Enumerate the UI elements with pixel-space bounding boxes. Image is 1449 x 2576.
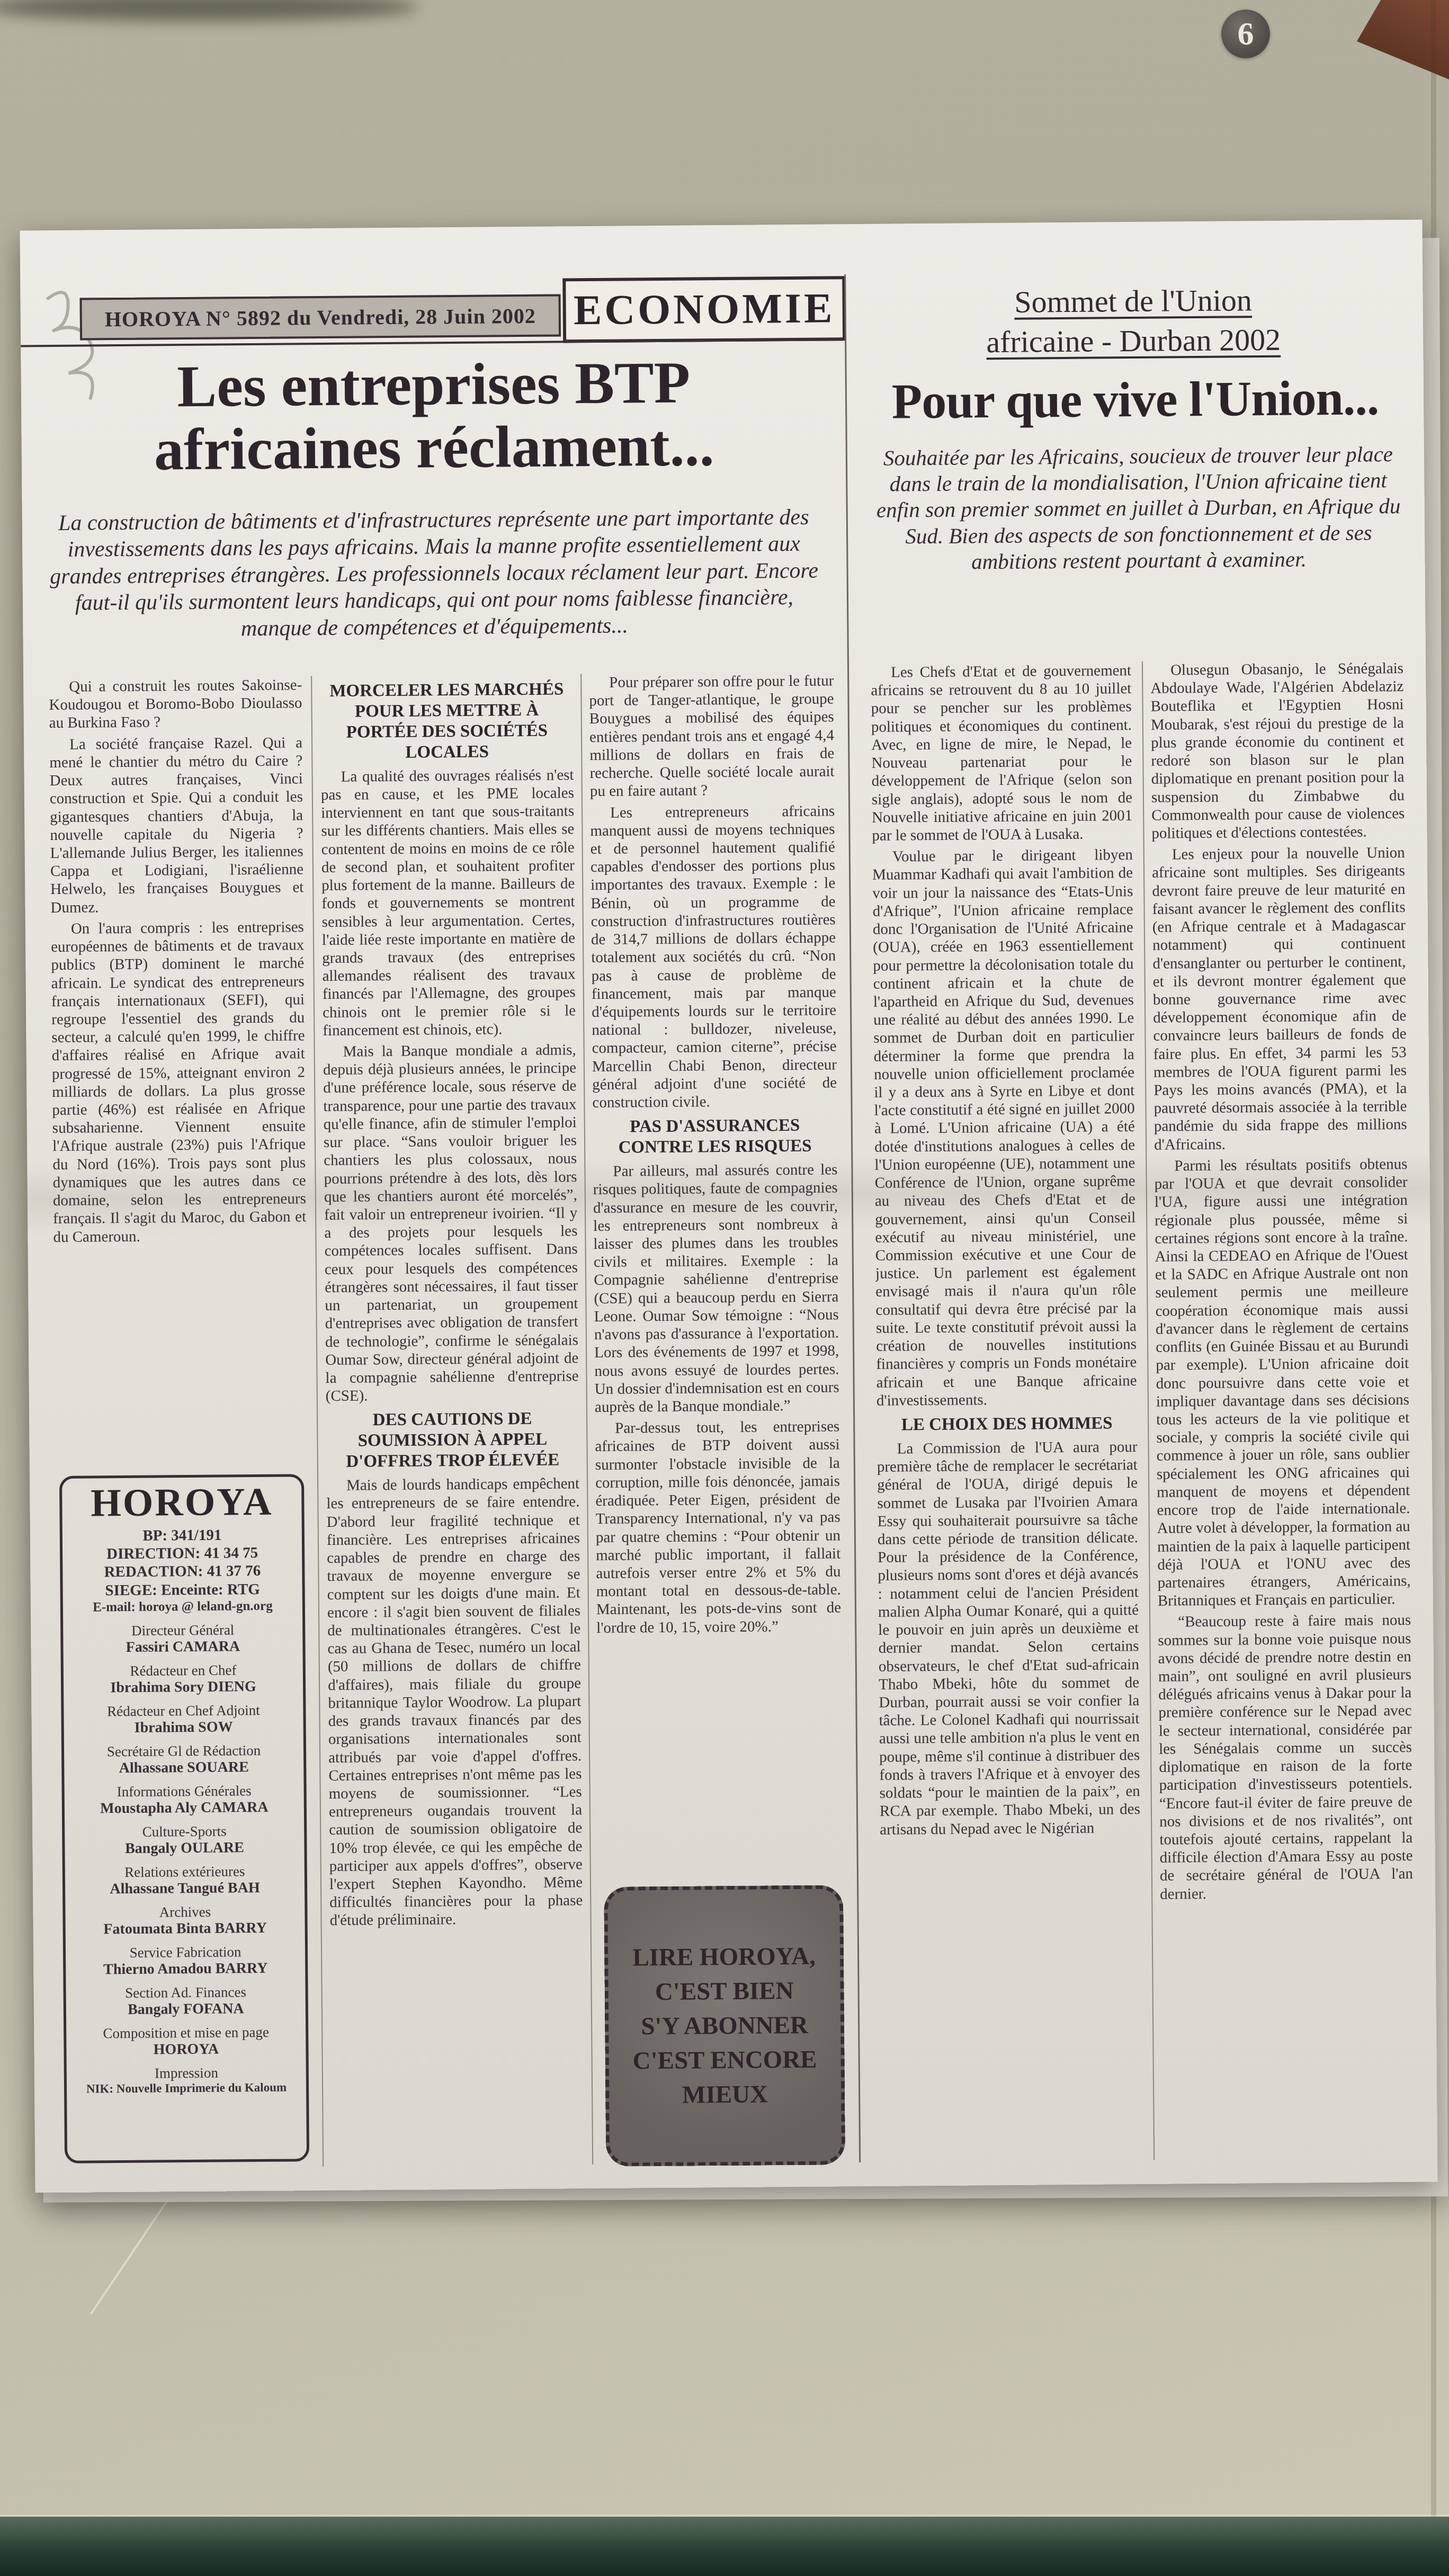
page-number: 6 xyxy=(1221,10,1270,58)
article-divider-rule xyxy=(844,274,861,2162)
paragraph: La société française Razel. Qui a mené l… xyxy=(49,734,304,917)
newspaper-photo: 6 HOROYA N° 5892 du Vendredi, 28 Juin 20… xyxy=(0,0,1449,2576)
paragraph: Pour préparer son offre pour le futur po… xyxy=(589,672,835,800)
subheading: LE CHOIX DES HOMMES xyxy=(876,1413,1137,1436)
staff-name: Ibrahima Sory DIENG xyxy=(71,1678,296,1696)
staff-name: Fassiri CAMARA xyxy=(70,1638,295,1656)
left-column-1: Qui a construit les routes Sakoinse-Koud… xyxy=(49,676,308,1468)
staff-role: Secrétaire Gl de Rédaction xyxy=(71,1742,296,1760)
subheading: MORCELER LES MARCHÉS POUR LES METTRE À P… xyxy=(320,679,574,763)
staff-entry: Service Fabrication Thierno Amadou BARRY xyxy=(73,1944,298,1978)
staff-entry: Informations Générales Moustapha Aly CAM… xyxy=(72,1783,297,1817)
masthead-box: HOROYA BP: 341/191 DIRECTION: 41 34 75 R… xyxy=(59,1474,309,2163)
masthead-direction: DIRECTION: 41 34 75 xyxy=(70,1544,294,1564)
promo-line: C'EST BIEN xyxy=(655,1979,794,2005)
promo-line: LIRE HOROYA, xyxy=(632,1944,816,1970)
promo-line: MIEUX xyxy=(682,2082,768,2107)
staff-role: Service Fabrication xyxy=(73,1944,298,1962)
right-article-kicker: Sommet de l'Union africaine - Durban 200… xyxy=(865,279,1401,363)
paragraph: “Beaucoup reste à faire mais nous sommes… xyxy=(1158,1611,1413,1903)
subscription-promo-box: LIRE HOROYA, C'EST BIEN S'Y ABONNER C'ES… xyxy=(604,1885,845,2167)
paragraph: Mais la Banque mondiale a admis, depuis … xyxy=(323,1041,579,1405)
left-headline-line1: Les entreprises BTP xyxy=(55,351,812,419)
staff-entry: Composition et mise en page HOROYA xyxy=(74,2025,298,2059)
staff-name: Ibrahima SOW xyxy=(71,1718,296,1737)
staff-entry: Directeur Général Fassiri CAMARA xyxy=(70,1622,295,1656)
paragraph: Voulue par le dirigeant libyen Muammar K… xyxy=(872,846,1137,1410)
paragraph: Olusegun Obasanjo, le Sénégalais Abdoula… xyxy=(1150,659,1405,843)
promo-line: S'Y ABONNER xyxy=(641,2012,808,2038)
paragraph: Les Chefs d'Etat et de gouvernement afri… xyxy=(871,661,1133,845)
paragraph: On l'aura compris : les entreprises euro… xyxy=(51,918,307,1246)
paragraph: Les enjeux pour la nouvelle Union africa… xyxy=(1152,844,1408,1153)
left-article-lede: La construction de bâtiments et d'infras… xyxy=(44,504,824,643)
staff-role: Rédacteur en Chef Adjoint xyxy=(71,1702,296,1720)
paragraph: Mais de lourds handicaps empêchent les e… xyxy=(326,1474,583,1929)
staff-role: Culture-Sports xyxy=(72,1823,297,1841)
staff-name: Moustapha Aly CAMARA xyxy=(72,1799,297,1817)
staff-name: Bangaly FOFANA xyxy=(74,2000,298,2018)
right-column-1: Les Chefs d'Etat et de gouvernement afri… xyxy=(871,661,1143,2162)
staff-role: Relations extérieures xyxy=(73,1864,297,1881)
staff-name: Alhassane SOUARE xyxy=(71,1758,296,1777)
newspaper-sheet: HOROYA N° 5892 du Vendredi, 28 Juin 2002… xyxy=(20,220,1437,2193)
left-article-headline: Les entreprises BTP africaines réclament… xyxy=(55,351,813,482)
paragraph: Parmi les résultats positifs obtenus par… xyxy=(1154,1155,1411,1610)
staff-name: Bangaly OULARE xyxy=(72,1839,297,1857)
issue-label: HOROYA N° 5892 du Vendredi, 28 Juin 2002 xyxy=(79,294,561,340)
staff-role: Rédacteur en Chef xyxy=(71,1662,296,1679)
staff-role: Section Ad. Finances xyxy=(74,1984,298,2002)
paragraph: La qualité des ouvrages réalisés n'est p… xyxy=(320,766,576,1040)
paragraph: Les entrepreneurs africains manquent aus… xyxy=(590,802,837,1112)
subheading: PAS D'ASSURANCES CONTRE LES RISQUES xyxy=(593,1115,838,1159)
staff-entry: Section Ad. Finances Bangaly FOFANA xyxy=(74,1984,298,2018)
staff-name: HOROYA xyxy=(74,2040,298,2059)
masthead-email: E-mail: horoya @ leland-gn.org xyxy=(70,1598,295,1615)
table-edge xyxy=(0,2517,1449,2576)
masthead-redaction: REDACTION: 41 37 76 xyxy=(70,1562,294,1582)
kicker-line1: Sommet de l'Union xyxy=(1014,283,1252,319)
paragraph: Qui a construit les routes Sakoinse-Koud… xyxy=(49,676,302,732)
staff-entry: Secrétaire Gl de Rédaction Alhassane SOU… xyxy=(71,1742,296,1776)
staff-entry: Impression NIK: Nouvelle Imprimerie du K… xyxy=(74,2065,299,2096)
staff-name: Alhassane Tangué BAH xyxy=(73,1879,297,1898)
staff-role: Informations Générales xyxy=(72,1783,297,1801)
staff-role: Archives xyxy=(73,1904,297,1921)
staff-entry: Rédacteur en Chef Adjoint Ibrahima SOW xyxy=(71,1702,296,1736)
left-column-3: Pour préparer son offre pour le futur po… xyxy=(589,672,843,1879)
left-column-2: MORCELER LES MARCHÉS POUR LES METTRE À P… xyxy=(320,674,585,2167)
masthead-bp: BP: 341/191 xyxy=(70,1525,294,1545)
section-label: ECONOMIE xyxy=(562,276,846,343)
paragraph: Par-dessus tout, les entreprises africai… xyxy=(595,1418,841,1637)
table-shadow xyxy=(0,0,418,21)
left-headline-line2: africaines réclament... xyxy=(55,413,813,482)
staff-entry: Relations extérieures Alhassane Tangué B… xyxy=(73,1864,297,1898)
right-column-2: Olusegun Obasanjo, le Sénégalais Abdoula… xyxy=(1150,659,1415,2160)
promo-line: C'EST ENCORE xyxy=(633,2047,817,2073)
staff-entry: Rédacteur en Chef Ibrahima Sory DIENG xyxy=(71,1662,296,1696)
staff-role: Impression xyxy=(74,2065,299,2082)
subheading: DES CAUTIONS DE SOUMISSION À APPEL D'OFF… xyxy=(326,1409,579,1473)
paragraph: La Commission de l'UA aura pour première… xyxy=(876,1438,1140,1839)
masthead-siege: SIEGE: Enceinte: RTG xyxy=(70,1580,295,1600)
staff-name: NIK: Nouvelle Imprimerie du Kaloum xyxy=(74,2081,299,2096)
right-article-lede: Souhaitée par les Africains, soucieux de… xyxy=(870,441,1407,576)
staff-role: Composition et mise en page xyxy=(74,2025,298,2042)
staff-entry: Culture-Sports Bangaly OULARE xyxy=(72,1823,297,1857)
kicker-line2: africaine - Durban 2002 xyxy=(986,323,1281,359)
right-article-headline: Pour que vive l'Union... xyxy=(861,369,1410,431)
paragraph: Par ailleurs, mal assurés contre les ris… xyxy=(593,1161,839,1417)
masthead-title: HOROYA xyxy=(69,1482,294,1523)
staff-entry: Archives Fatoumata Binta BARRY xyxy=(73,1904,297,1938)
staff-role: Directeur Général xyxy=(70,1622,295,1639)
staff-name: Fatoumata Binta BARRY xyxy=(73,1919,298,1938)
staff-name: Thierno Amadou BARRY xyxy=(73,1960,298,1978)
